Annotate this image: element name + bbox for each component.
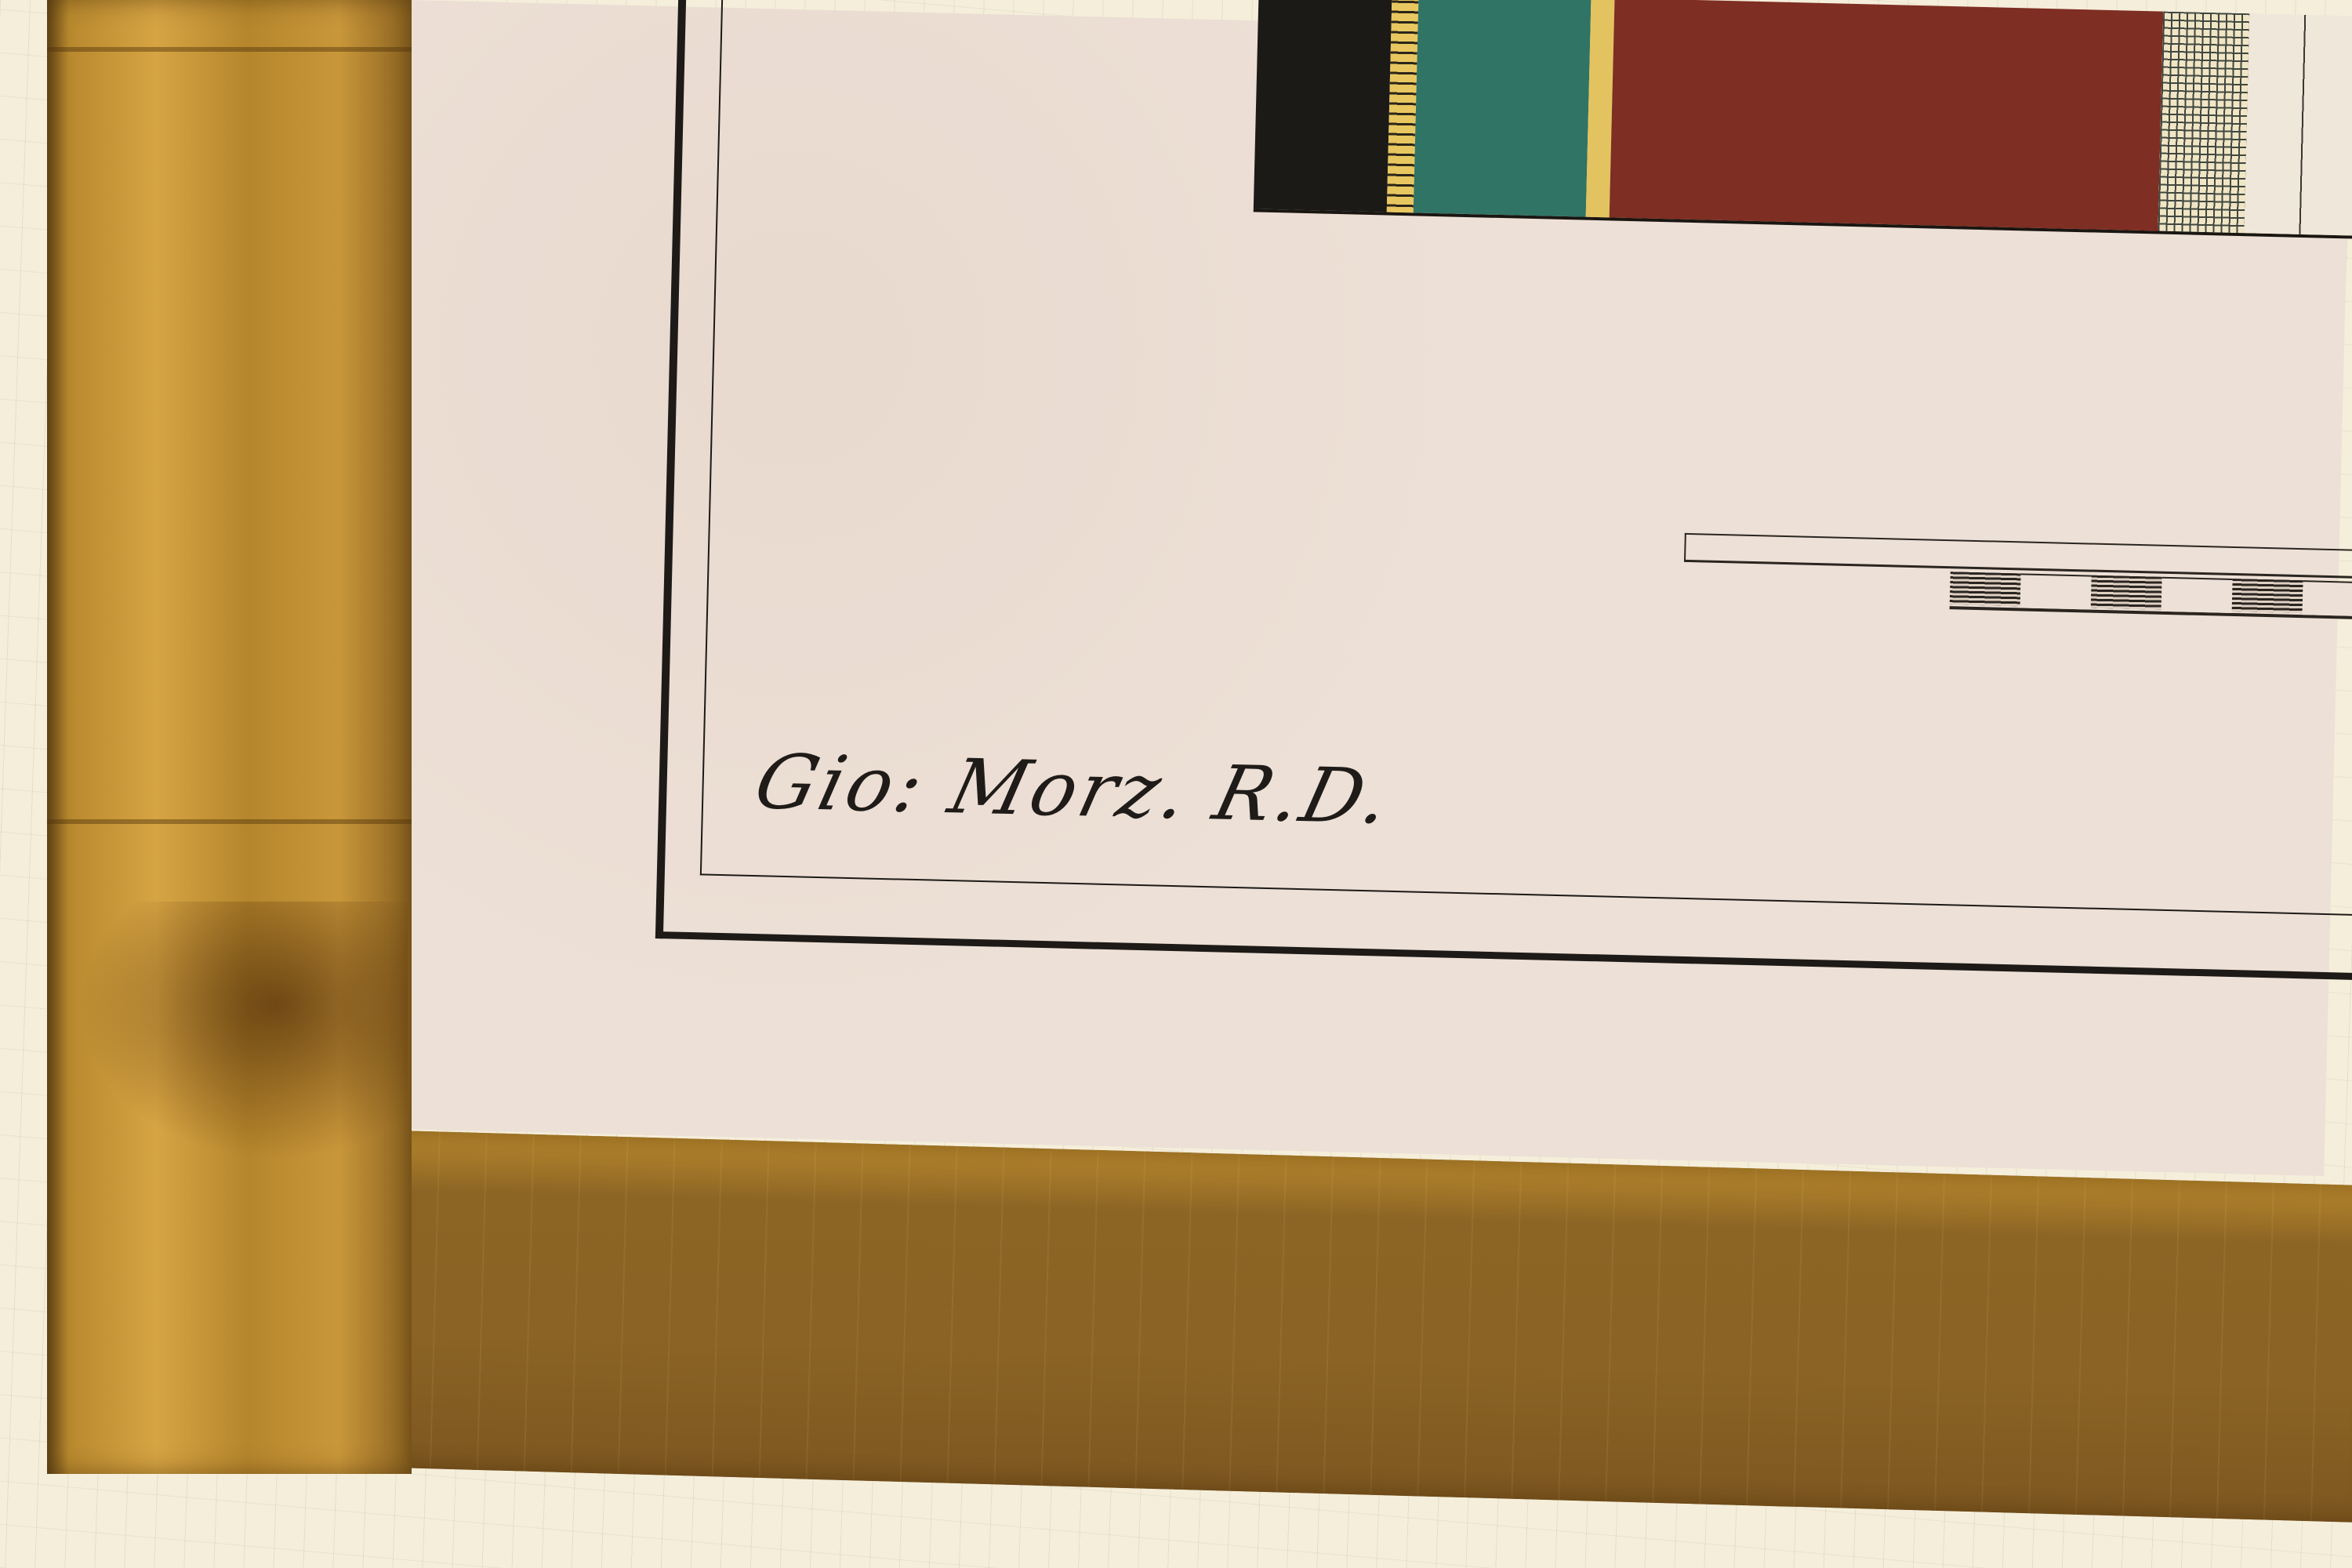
- red-band: [1610, 0, 2164, 231]
- scale-segment: [1950, 572, 2021, 606]
- green-band: [1414, 0, 1592, 217]
- print-paper: Gio: Morz. R.D.: [384, 0, 2351, 1176]
- grid-hatched-band: [2158, 12, 2249, 234]
- scale-segment: [2232, 579, 2303, 613]
- black-band: [1254, 0, 1392, 212]
- scale-segment: [2161, 577, 2233, 613]
- scale-segment: [2091, 575, 2162, 610]
- scale-segment: [2303, 580, 2352, 616]
- scale-segment: [2020, 573, 2092, 609]
- light-ruled-band: [2244, 13, 2352, 237]
- tape-stain: [78, 902, 408, 1160]
- tape-crease: [47, 47, 412, 52]
- tape-crease: [47, 819, 412, 824]
- gilt-tape-left: [47, 0, 412, 1474]
- coloured-plate-fragment: [1254, 0, 2352, 240]
- engraver-signature: Gio: Morz. R.D.: [747, 738, 1402, 840]
